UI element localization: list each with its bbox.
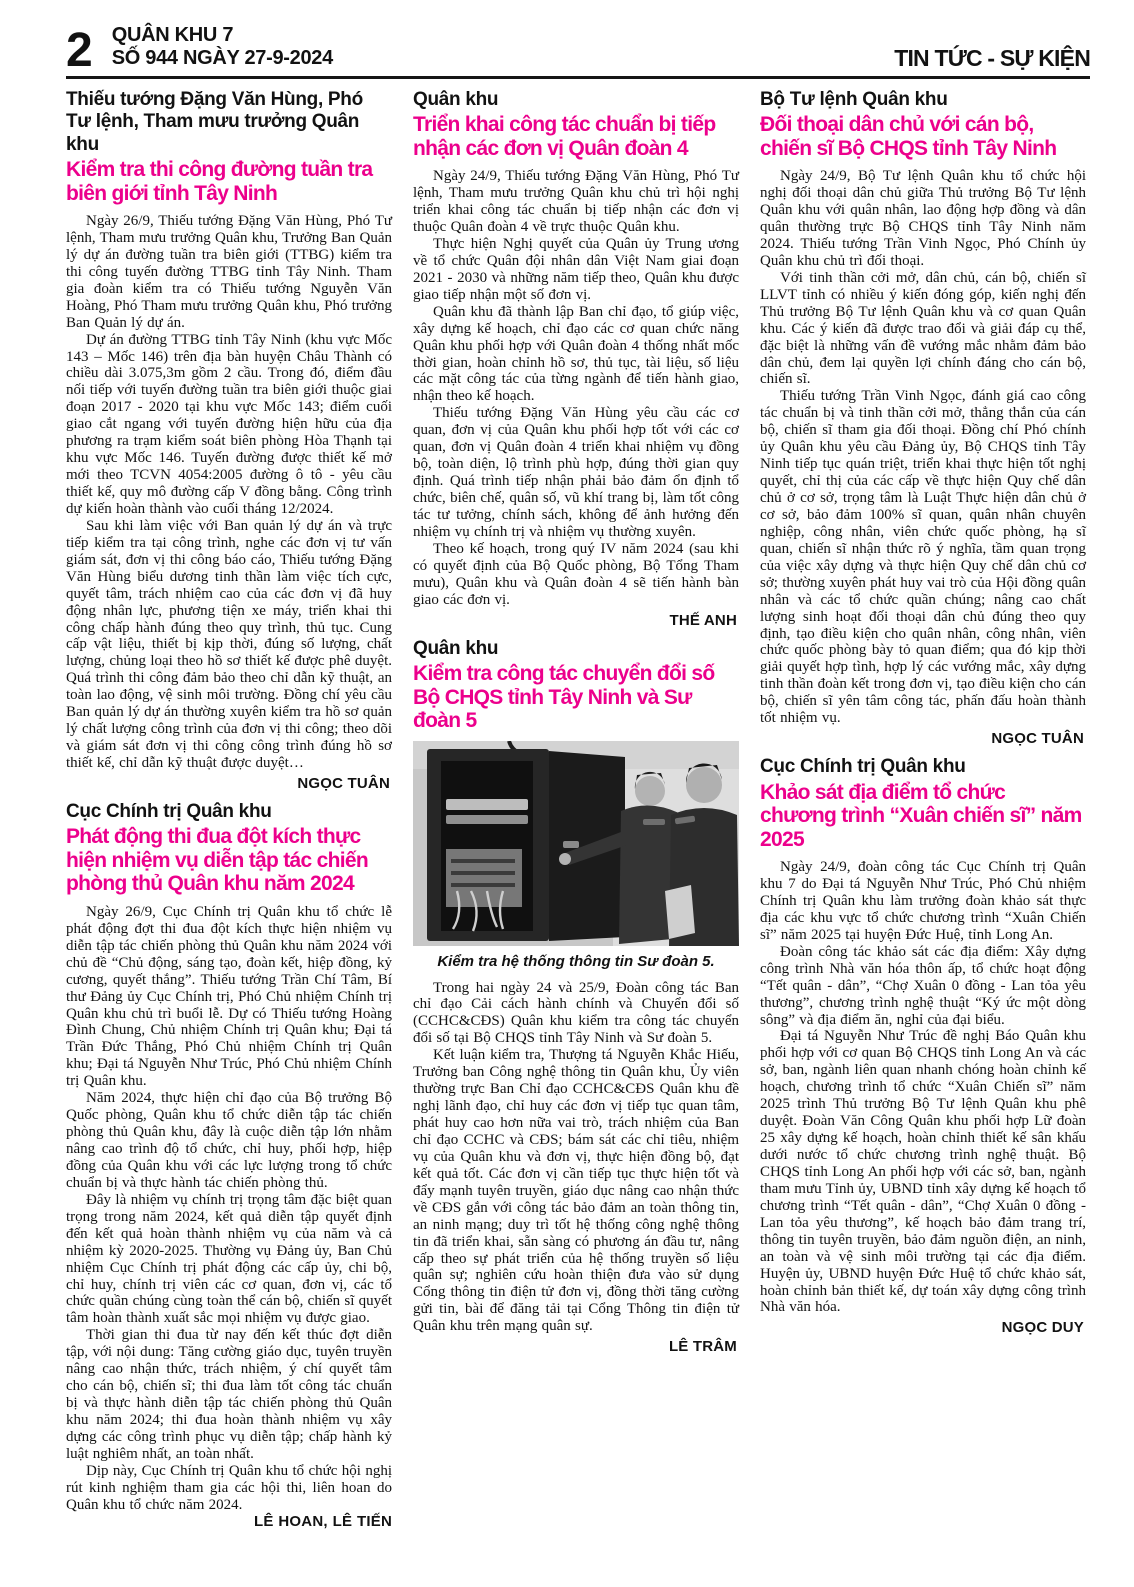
article-paragraph: Đại tá Nguyễn Như Trúc đề nghị Báo Quân …: [760, 1028, 1086, 1316]
article-paragraph: Thực hiện Nghị quyết của Quân ủy Trung ư…: [413, 236, 739, 304]
column-3: Bộ Tư lệnh Quân khu Đối thoại dân chủ vớ…: [760, 89, 1086, 1531]
article-kicker: Cục Chính trị Quân khu: [66, 801, 392, 823]
article-paragraph: Dịp này, Cục Chính trị Quân khu tổ chức …: [66, 1463, 392, 1514]
page-header: 2 QUÂN KHU 7 SỐ 944 NGÀY 27-9-2024 TIN T…: [66, 24, 1090, 79]
article-paragraph: Thời gian thi đua từ nay đến kết thúc đợ…: [66, 1327, 392, 1463]
news-photo: [413, 741, 739, 946]
article-paragraph: Ngày 26/9, Thiếu tướng Đặng Văn Hùng, Ph…: [66, 213, 392, 332]
article-paragraph: Ngày 24/9, Thiếu tướng Đặng Văn Hùng, Ph…: [413, 168, 739, 236]
article-paragraph: Theo kế hoạch, trong quý IV năm 2024 (sa…: [413, 541, 739, 609]
article-paragraph: Thiếu tướng Trần Vinh Ngọc, đánh giá cao…: [760, 388, 1086, 727]
masthead: QUÂN KHU 7: [112, 24, 333, 46]
article-emulation: Cục Chính trị Quân khu Phát động thi đua…: [66, 801, 392, 1514]
news-photo-figure: Kiểm tra hệ thống thông tin Sư đoàn 5.: [413, 741, 739, 970]
article-byline: NGỌC TUÂN: [760, 730, 1084, 747]
article-byline: LÊ TRÂM: [413, 1338, 737, 1355]
article-kicker: Quân khu: [413, 89, 739, 111]
article-paragraph: Đoàn công tác khảo sát các địa điểm: Xây…: [760, 944, 1086, 1029]
section-title: TIN TỨC - SỰ KIỆN: [894, 47, 1090, 70]
article-kicker: Quân khu: [413, 638, 739, 660]
article-byline: LÊ HOAN, LÊ TIẾN: [234, 1514, 392, 1531]
article-paragraph: Với tinh thần cởi mở, dân chủ, cán bộ, c…: [760, 270, 1086, 389]
article-paragraph: Dự án đường TTBG tỉnh Tây Ninh (khu vực …: [66, 332, 392, 518]
article-paragraph: Kết luận kiểm tra, Thượng tá Nguyễn Khắc…: [413, 1047, 739, 1335]
article-kicker: Cục Chính trị Quân khu: [760, 756, 1086, 778]
newspaper-page: 2 QUÂN KHU 7 SỐ 944 NGÀY 27-9-2024 TIN T…: [0, 0, 1134, 1587]
photo-caption: Kiểm tra hệ thống thông tin Sư đoàn 5.: [413, 953, 739, 970]
article-kicker: Bộ Tư lệnh Quân khu: [760, 89, 1086, 111]
column-2: Quân khu Triển khai công tác chuẩn bị ti…: [413, 89, 739, 1531]
column-1: Thiếu tướng Đặng Văn Hùng, Phó Tư lệnh, …: [66, 89, 392, 1531]
masthead-block: QUÂN KHU 7 SỐ 944 NGÀY 27-9-2024: [112, 24, 333, 70]
article-border-road: Thiếu tướng Đặng Văn Hùng, Phó Tư lệnh, …: [66, 89, 392, 792]
issue-line: SỐ 944 NGÀY 27-9-2024: [112, 47, 333, 69]
article-byline: NGỌC TUÂN: [66, 775, 390, 792]
article-paragraph: Ngày 24/9, đoàn công tác Cục Chính trị Q…: [760, 859, 1086, 944]
article-dialogue: Bộ Tư lệnh Quân khu Đối thoại dân chủ vớ…: [760, 89, 1086, 747]
server-cabinet-illustration: [427, 749, 549, 941]
article-headline: Triển khai công tác chuẩn bị tiếp nhận c…: [413, 113, 739, 160]
article-digital: Quân khu Kiểm tra công tác chuyển đổi số…: [413, 638, 739, 1356]
columns: Thiếu tướng Đặng Văn Hùng, Phó Tư lệnh, …: [66, 89, 1090, 1531]
article-xuan: Cục Chính trị Quân khu Khảo sát địa điểm…: [760, 756, 1086, 1336]
article-headline: Kiểm tra thi công đường tuần tra biên gi…: [66, 158, 392, 205]
article-byline: NGỌC DUY: [760, 1319, 1084, 1336]
article-paragraph: Năm 2024, thực hiện chỉ đạo của Bộ trưởn…: [66, 1090, 392, 1192]
article-paragraph: Ngày 26/9, Cục Chính trị Quân khu tổ chứ…: [66, 904, 392, 1090]
article-headline: Phát động thi đua đột kích thực hiện nhi…: [66, 825, 392, 896]
article-paragraph: Đây là nhiệm vụ chính trị trọng tâm đặc …: [66, 1192, 392, 1328]
article-kicker: Thiếu tướng Đặng Văn Hùng, Phó Tư lệnh, …: [66, 89, 392, 156]
article-corps4: Quân khu Triển khai công tác chuẩn bị ti…: [413, 89, 739, 629]
masthead-group: 2 QUÂN KHU 7 SỐ 944 NGÀY 27-9-2024: [66, 24, 333, 70]
article-paragraph: Quân khu đã thành lập Ban chỉ đạo, tổ gi…: [413, 304, 739, 406]
article-paragraph: Trong hai ngày 24 và 25/9, Đoàn công tác…: [413, 980, 739, 1048]
article-paragraph: Sau khi làm việc với Ban quản lý dự án v…: [66, 518, 392, 772]
article-headline: Khảo sát địa điểm tổ chức chương trình “…: [760, 781, 1086, 852]
article-paragraph: Ngày 24/9, Bộ Tư lệnh Quân khu tổ chức h…: [760, 168, 1086, 270]
article-headline: Kiểm tra công tác chuyển đổi số Bộ CHQS …: [413, 662, 739, 733]
article-paragraph: Thiếu tướng Đặng Văn Hùng yêu cầu các cơ…: [413, 405, 739, 541]
article-headline: Đối thoại dân chủ với cán bộ, chiến sĩ B…: [760, 113, 1086, 160]
article-byline: THẾ ANH: [413, 612, 737, 629]
page-number: 2: [66, 32, 92, 69]
paragraph-text: Dịp này, Cục Chính trị Quân khu tổ chức …: [66, 1463, 392, 1513]
